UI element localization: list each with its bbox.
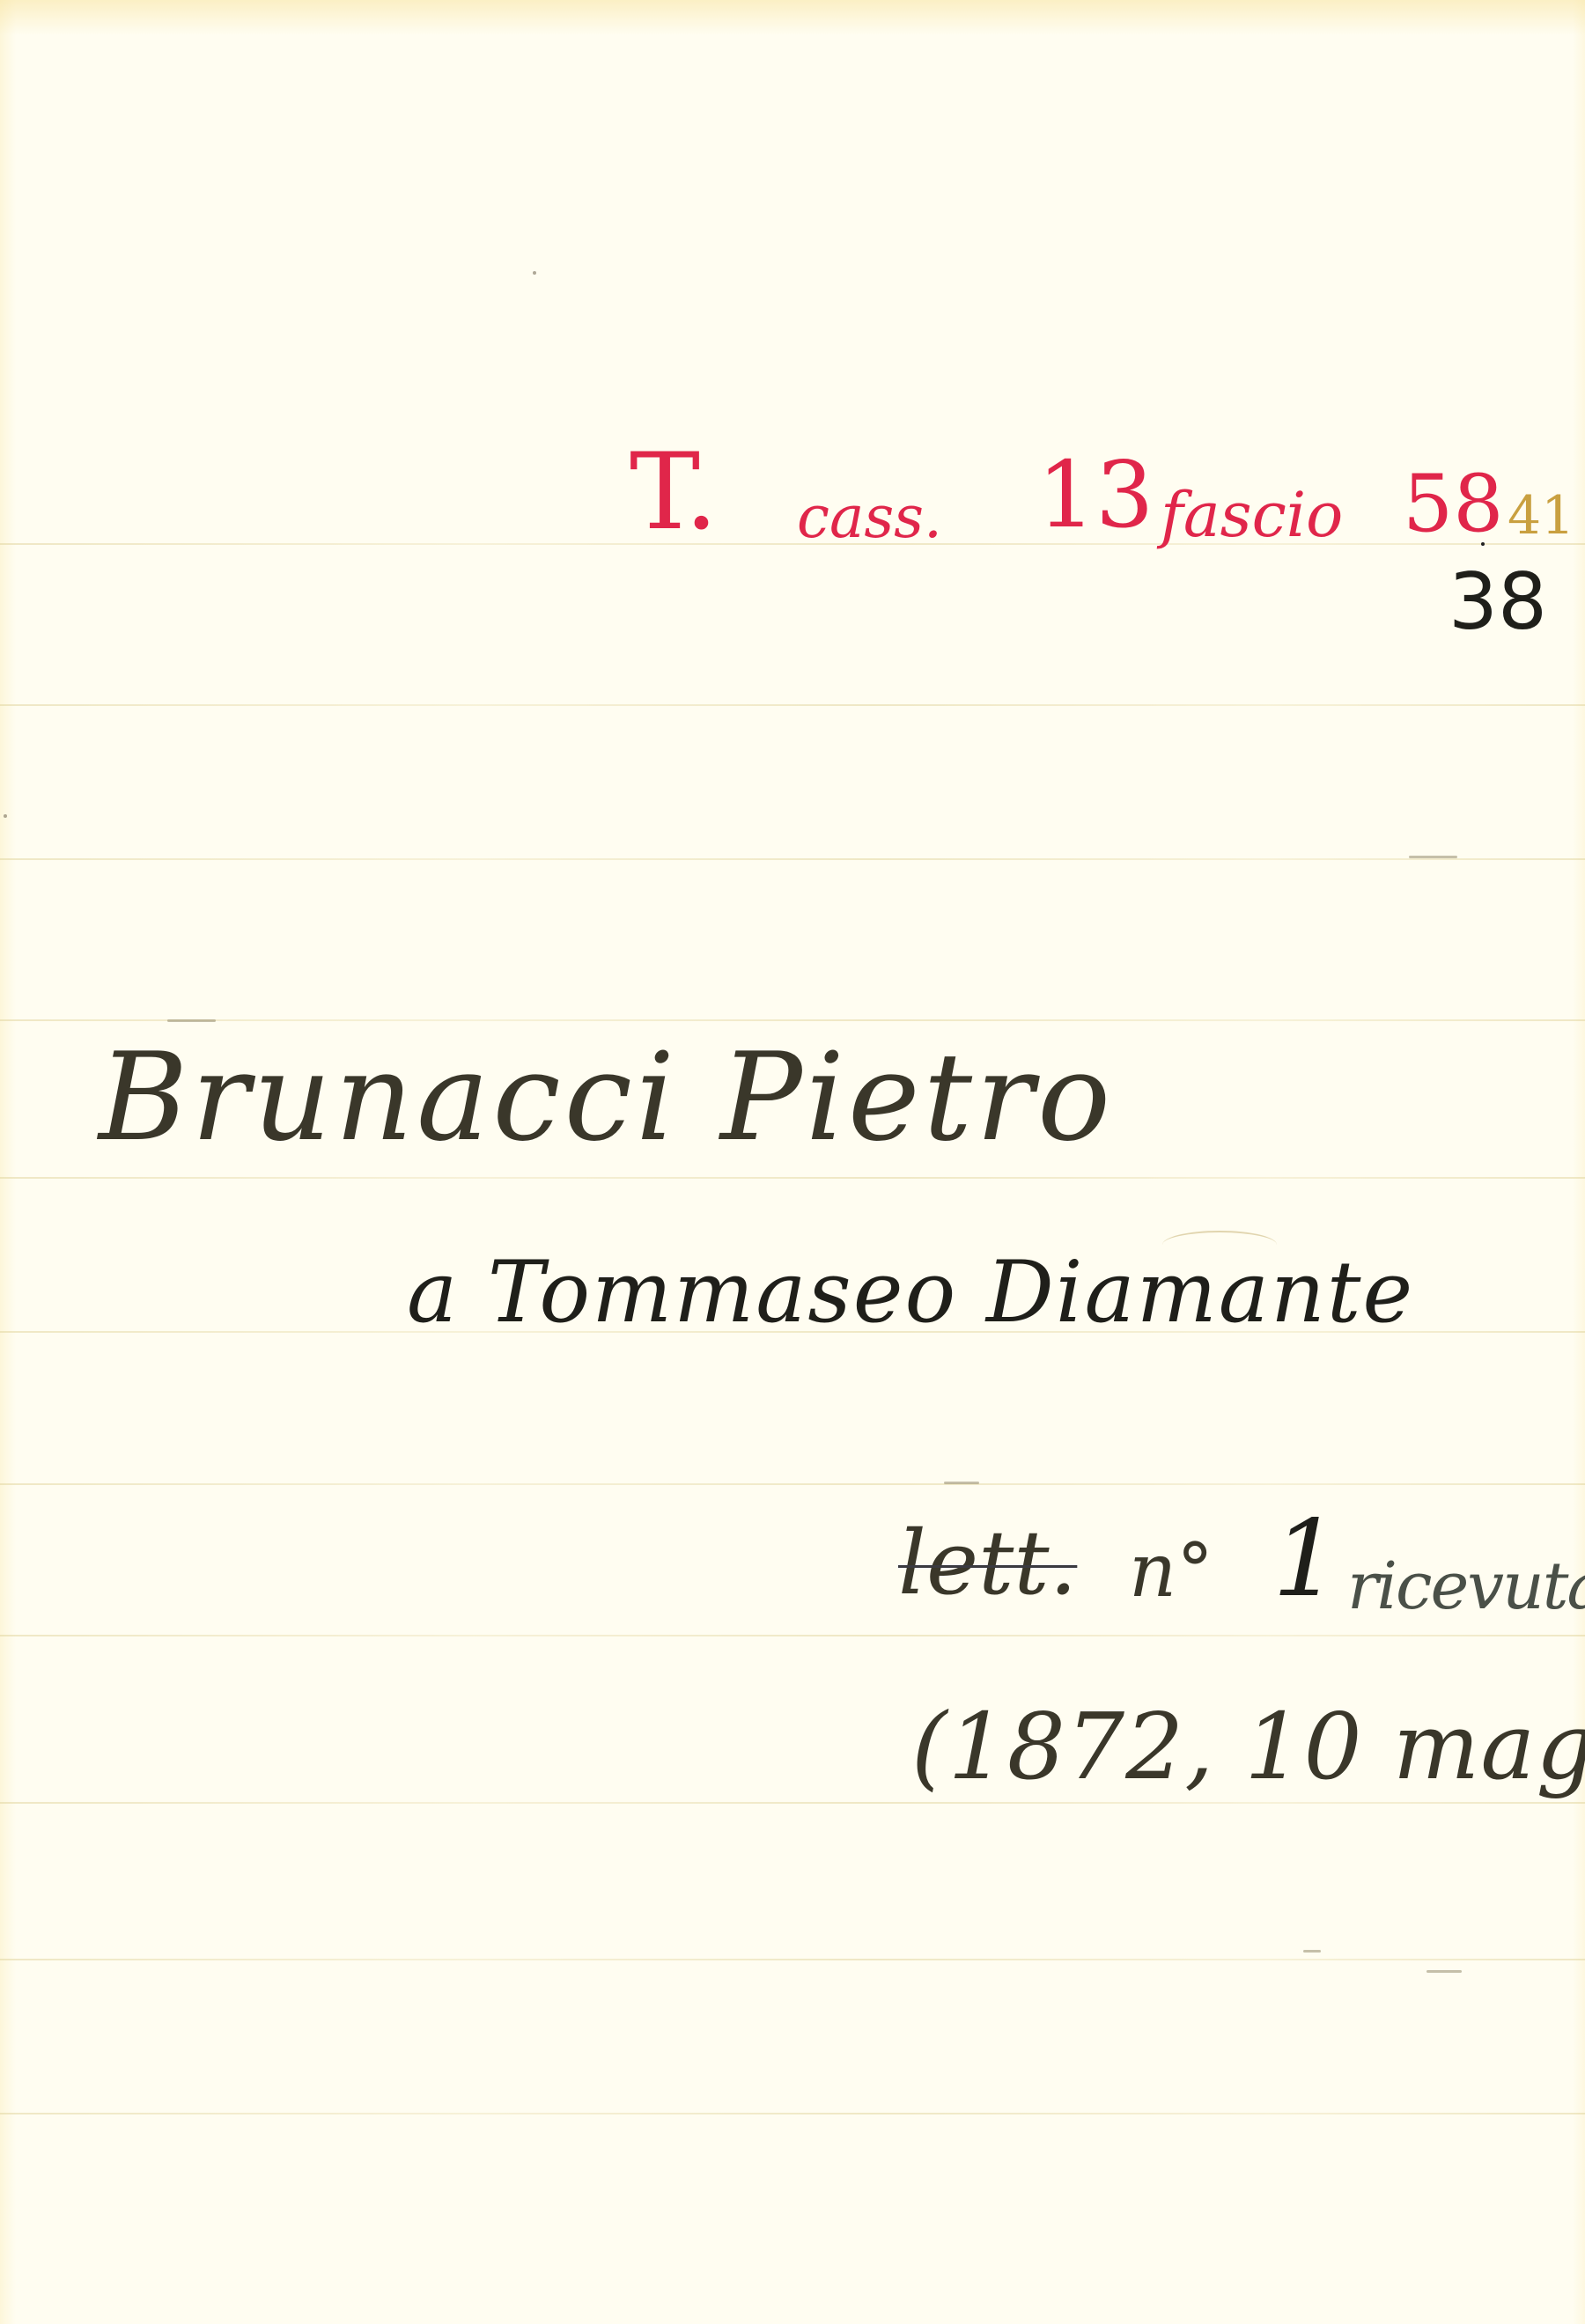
sender-name: Brunacci Pietro xyxy=(99,1037,1114,1158)
shelfmark-cassetta-label: cass. xyxy=(797,489,942,547)
letter-number-label: n° xyxy=(1129,1533,1213,1607)
ruled-line xyxy=(0,1635,1585,1636)
rule-dash-mark xyxy=(1426,1970,1462,1973)
rule-dash-mark xyxy=(1303,1950,1321,1953)
ruled-line xyxy=(0,1483,1585,1485)
shelfmark-subnumber: 38 xyxy=(1449,563,1547,641)
ruled-line xyxy=(0,1019,1585,1021)
letter-date: (1872, 10 maggio) xyxy=(911,1701,1585,1792)
ruled-line xyxy=(0,704,1585,706)
shelfmark-prefix: T. xyxy=(630,440,719,546)
recipient-line: a Tommaseo Diamante xyxy=(407,1250,1414,1335)
rule-dash-mark xyxy=(944,1482,979,1484)
rule-dash-mark xyxy=(167,1019,216,1022)
ruled-line xyxy=(0,1177,1585,1179)
ruled-line xyxy=(0,858,1585,860)
ruled-line xyxy=(0,543,1585,545)
ruled-line xyxy=(0,2113,1585,2114)
shelfmark-cassetta-number: 13 xyxy=(1037,449,1154,541)
stray-ink-dot xyxy=(533,271,536,275)
struck-word-lett: lett. xyxy=(898,1519,1077,1607)
rule-dash-mark xyxy=(1409,856,1457,858)
shelfmark-fascicolo-label: fascio xyxy=(1161,484,1343,546)
letter-status: ricevuta xyxy=(1347,1554,1585,1619)
shelfmark-fascicolo-number: 58 xyxy=(1403,465,1504,544)
ruled-line xyxy=(0,1802,1585,1804)
shelfmark-superscript-number: 41 xyxy=(1508,489,1574,542)
ruled-line xyxy=(0,1959,1585,1960)
shelfmark-dot xyxy=(1481,542,1485,546)
index-card: T. cass. 13 fascio 58 41 38 Brunacci Pie… xyxy=(0,0,1585,2324)
stray-ink-dot xyxy=(4,814,7,818)
letter-number: 1 xyxy=(1272,1507,1339,1613)
